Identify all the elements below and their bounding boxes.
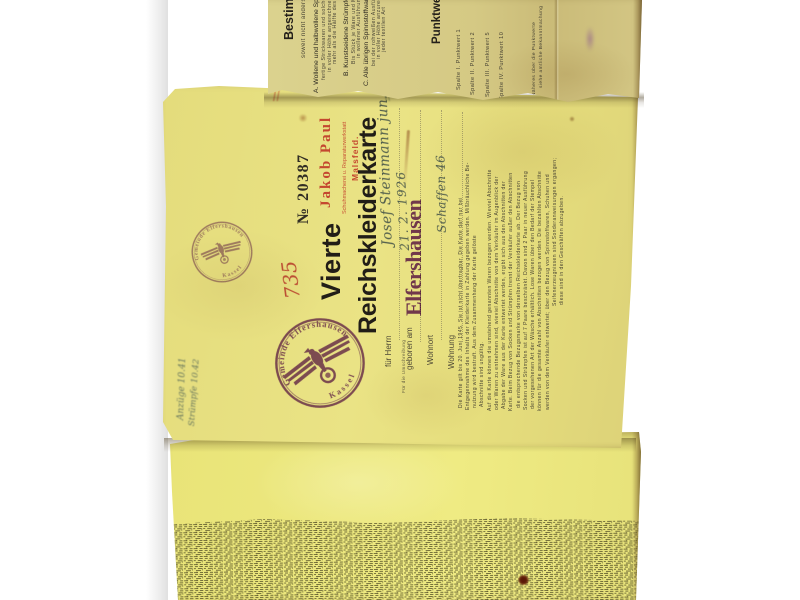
fine-print-line: Die Karte gilt bis 20. Juni 1945. Sie is… <box>459 197 464 408</box>
back-section-b-title: B. Kunstseidene Strümpfe und Socken <box>344 0 351 76</box>
guilloche-pattern-strip <box>173 516 639 600</box>
panel-edge-shading <box>632 432 641 600</box>
purple-ink-smudge <box>585 26 595 52</box>
card-back-fold-panel: Bestimmungen soweit nicht anders bestimm… <box>268 0 642 106</box>
fine-print-line: Karte. Beim Bezug von Socken und Strümpf… <box>509 172 514 411</box>
back-points-line: Spalte I. Punktwert 1 <box>457 29 463 90</box>
eagle-emblem <box>199 236 245 270</box>
issuer-stamp-trade: Schuhmacherei u. Reparaturwerkstatt <box>343 122 349 214</box>
fine-print-line: Socken und Strümpfen ist auf 7 Paare bes… <box>524 171 529 410</box>
card-bottom-panel <box>170 432 641 600</box>
card-front-panel: Anzüge 10.41 Strümpfe 10.42 Gemeinde Elf… <box>163 86 641 450</box>
fine-print-line: werden von dem Verkäufer entwertet; über… <box>546 174 551 410</box>
back-note-line1: Näheres über die Punktwerte <box>533 22 538 96</box>
field-label-wohnung: Wohnung <box>448 335 456 369</box>
field-value-wohnort-stamp: Elfershausen <box>403 200 425 316</box>
rust-spot <box>569 116 575 122</box>
field-label-geboren-am: geboren am <box>406 327 414 370</box>
back-points-line: Spalte II. Punktwert 2 <box>471 32 477 95</box>
round-stamp-small: Gemeinde Elfershausen Kassel <box>179 209 265 295</box>
back-intro: soweit nicht anders bestimmt ist <box>301 0 307 58</box>
back-section-a-title: A. Wollene und halbwollene Spinnstoffwar… <box>314 0 321 93</box>
scanned-ration-card-photo: Anzüge 10.41 Strümpfe 10.42 Gemeinde Elf… <box>0 0 800 600</box>
rust-spot <box>298 114 308 122</box>
back-section-b-line: in wollener Ausführung <box>357 0 362 58</box>
fine-print-line: Seifenerzeugnissen sind Sonderanweisunge… <box>553 158 558 306</box>
panel-edge-shading <box>632 86 641 450</box>
margin-tiny-print: Für die Umschreibung <box>402 340 407 393</box>
fine-print-line: Entgegennahme des Inhalts der Kleiderkar… <box>466 162 471 410</box>
fine-print-line: Abgabe der Ware aus der Karte entwertet … <box>502 181 507 409</box>
handwritten-control-number: 735 <box>278 260 303 300</box>
fine-print-line: Auf die Karte können die umstehend genan… <box>488 169 493 411</box>
back-heading: Bestimmungen <box>283 0 296 40</box>
back-points-heading: Punktwerte <box>432 0 444 44</box>
field-label-wohnort: Wohnort <box>427 335 435 365</box>
issuer-stamp-name: Jakob Paul <box>319 116 334 208</box>
field-value-wohnung-handwritten: Schaffen 46 <box>435 155 448 233</box>
fine-print-line: oder Waren zu entnehmen sind, wieviel Ab… <box>495 176 500 410</box>
fold-crease-vertical <box>554 0 559 106</box>
back-section-a-line: mehr als die Hälfte des Gewichts <box>333 0 338 64</box>
fine-print-line: können für die gesamte Anzahl von Abschn… <box>538 171 543 411</box>
fine-print-line: nutzung wird bestraft. Aus dem Zusammenh… <box>473 235 478 408</box>
back-note-line2: siehe amtliche Bekanntmachung <box>540 6 545 88</box>
back-points-line: Spalte III. Punktwert 5 <box>486 32 492 97</box>
back-points-line: Spalte IV. Punktwert 10 <box>500 32 506 100</box>
fine-print-line: der vorgesehenen Art der Wäsche erhältli… <box>531 180 536 409</box>
pencil-note-line1: Anzüge 10.41 <box>177 357 188 420</box>
card-title-line1: Vierte <box>318 222 345 300</box>
pencil-note-line2: Strümpfe 10.42 <box>188 359 201 427</box>
fine-print-line: die entsprechende Bezugsmarke von dersel… <box>517 181 522 408</box>
fine-print-line: diese sind in den Geschäften abzugeben. <box>560 195 565 305</box>
back-section-c-line: jeder textilen Art <box>382 7 387 52</box>
fine-print-line: Abschnitte sind ungültig. <box>480 342 485 407</box>
back-section-c-title: C. Alle übrigen Spinnstoffwaren <box>364 0 371 86</box>
panel-edge-shading <box>633 0 642 106</box>
field-value-name-handwritten: Josef Steinmann jun. <box>377 94 396 246</box>
serial-number: № 20387 <box>296 153 312 224</box>
field-label-fuer-herrn: für Herrn <box>385 335 393 367</box>
